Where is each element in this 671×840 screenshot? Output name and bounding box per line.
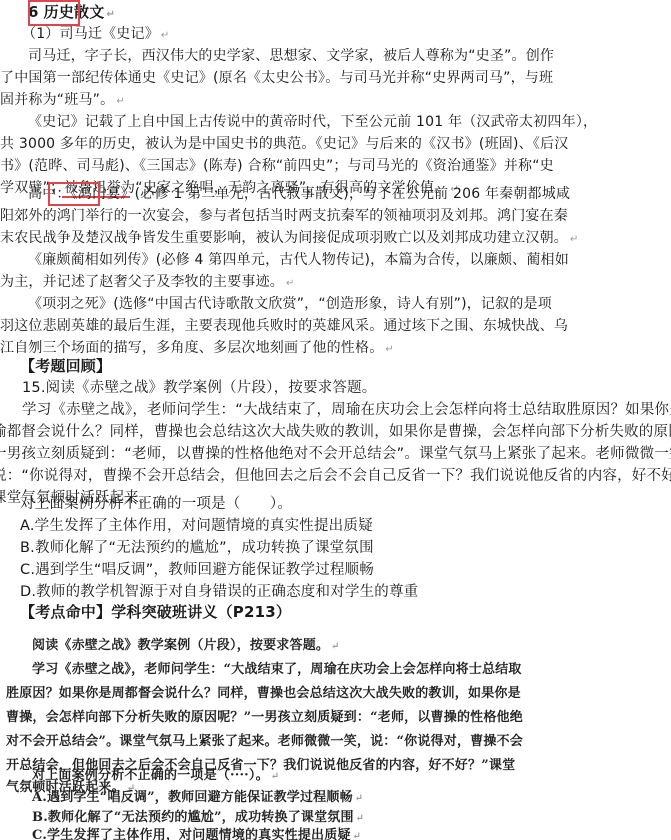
paragraph-line: 书》(范晔、司马彪)、《三国志》(陈寿) 合称“前四史”；与司马光的《资治通鉴》…: [0, 156, 554, 176]
paragraph-mark-icon: ↵: [286, 278, 295, 289]
paragraph-line: 羽这位悲剧英雄的最后生涯，主要表现他兵败时的英雄风采。通过垓下之围、东城快战、乌: [0, 316, 568, 336]
paragraph-mark-icon: ↵: [385, 344, 394, 355]
subheading-text: （1）司马迁《史记》: [22, 26, 159, 42]
heading-text: 学科突破班讲义（P213）: [111, 603, 291, 621]
paragraph-text: 江自刎三个场面的描写，多角度、多层次地刻画了他的性格。: [0, 340, 383, 356]
case-line: 对不会开总结会”。课堂气氛马上紧张了起来。老师微微一笑，说：“你说得对，曹操不会: [6, 732, 523, 752]
subheading: （1）司马迁《史记》↵: [22, 24, 170, 46]
case-line: 曹操，会怎样向部下分析失败的原因呢？”一男孩立刻质疑到：“老师，以曹操的性格他绝: [6, 708, 523, 728]
paragraph-text: (必修 1 第二单元，古代叙事散文)，写了在公元前 206 年秦朝都城咸: [135, 186, 571, 202]
case-line: 胜原因？如果你是周都督会说什么？同样，曹操也会总结这次大战失败的教训，如果你是: [6, 684, 521, 704]
paragraph-line: 《项羽之死》(选修“中国古代诗歌散文欣赏”，“创造形象，诗人有别”)，记叙的是项: [28, 294, 552, 314]
option-text: B.教师化解了“无法预约的尴尬”，成功转换了课堂氛围: [32, 810, 354, 825]
paragraph-line: 《廉颇蔺相如列传》(必修 4 第四单元，古代人物传记)，本篇为合传，以廉颇、蔺相…: [28, 250, 569, 270]
paragraph-mark-icon: ↵: [161, 30, 170, 41]
case-line: 一男孩立刻质疑到：“老师，以曹操的性格他绝对不会开总结会”。课堂气氛马上紧张了起…: [0, 444, 671, 464]
paragraph-mark-icon: ↵: [116, 96, 125, 107]
paragraph-line: 为主，并记述了赵奢父子及李牧的主要事迹。↵: [0, 272, 295, 294]
document-page: 6历史散文↵ （1）司马迁《史记》↵ 司马迁，字子长，西汉伟大的史学家、思想家、…: [0, 0, 671, 840]
paragraph-line: 司马迁，字子长，西汉伟大的史学家、思想家、文学家，被后人尊称为“史圣”。创作: [28, 46, 554, 66]
red-annotation-box: [28, 0, 80, 26]
section-heading: 【考点命中】学科突破班讲义（P213）: [20, 602, 291, 622]
question-prompt: 对上面案例分析不正确的一项是（····）。↵: [32, 766, 279, 787]
paragraph-text: 末农民战争及楚汉战争皆发生重要影响，被认为间接促成项羽败亡以及刘邦成功建立汉朝。: [0, 230, 568, 246]
paragraph-mark-icon: ↵: [355, 793, 364, 804]
option-d: D.教师的教学机智源于对自身错误的正确态度和对学生的尊重: [20, 582, 418, 602]
question-text: 阅读《赤壁之战》教学案例（片段），按要求答题。: [32, 638, 329, 653]
case-line: 瑜都督会说什么？同样，曹操也会总结这次大战失败的教训，如果你是曹操，会怎样向部下…: [0, 422, 671, 442]
paragraph-line: 《史记》记载了上自中国上古传说中的黄帝时代，下至公元前 101 年（汉武帝太初四…: [28, 112, 597, 132]
red-annotation-box: [48, 182, 100, 206]
option-c: C.学生发挥了主体作用，对问题情境的真实性提出质疑↵: [32, 826, 361, 840]
paragraph-line: 了中国第一部纪传体通史《史记》(原名《太史公书》。与司马光并称“史界两司马”，与…: [0, 68, 553, 88]
heading-bracket: 【考点命中】: [20, 603, 111, 621]
option-b: B.教师化解了“无法预约的尴尬”，成功转换了课堂氛围: [20, 538, 374, 558]
question-title: 阅读《赤壁之战》教学案例（片段），按要求答题。↵: [32, 636, 340, 657]
option-a: A.遇到学生“唱反调”，教师回避方能保证教学过程顺畅↵: [32, 788, 363, 809]
question-prompt: 对上面案例分析不正确的一项是（ ）。: [20, 494, 292, 514]
paragraph-text: 为主，并记述了赵奢父子及李牧的主要事迹。: [0, 274, 284, 290]
option-text: C.学生发挥了主体作用，对问题情境的真实性提出质疑: [32, 828, 351, 840]
question-title: 15.阅读《赤壁之战》教学案例（片段），按要求答题。: [22, 378, 377, 398]
option-text: A.遇到学生“唱反调”，教师回避方能保证教学过程顺畅: [32, 790, 353, 805]
paragraph-mark-icon: ↵: [331, 641, 340, 652]
option-a: A.学生发挥了主体作用，对问题情境的真实性提出质疑: [20, 516, 373, 536]
paragraph-mark-icon: ↵: [106, 9, 115, 20]
paragraph-line: 末农民战争及楚汉战争皆发生重要影响，被认为间接促成项羽败亡以及刘邦成功建立汉朝。…: [0, 228, 579, 250]
case-line: 学习《赤壁之战》，老师问学生：“大战结束了，周瑜在庆功会上会怎样向将士总结取: [32, 660, 522, 680]
case-line: 学习《赤壁之战》，老师问学生：“大战结束了，周瑜在庆功会上会怎样向将士总结取胜原…: [22, 400, 671, 420]
paragraph-mark-icon: ↵: [271, 771, 280, 782]
prompt-text: 对上面案例分析不正确的一项是（····）。: [32, 768, 269, 783]
paragraph-line: 高中：《鸿门宴》(必修 1 第二单元，古代叙事散文)，写了在公元前 206 年秦…: [28, 184, 570, 204]
paragraph-mark-icon: ↵: [356, 813, 365, 824]
paragraph-line: 共 3000 多年的历史，被认为是中国史书的典范。《史记》与后来的《汉书》(班固…: [0, 134, 568, 154]
paragraph-text: 固并称为“班马”。: [0, 92, 114, 108]
paragraph-mark-icon: ↵: [570, 234, 579, 245]
paragraph-line: 阳郊外的鸿门举行的一次宴会，参与者包括当时两支抗秦军的领袖项羽及刘邦。鸿门宴在秦: [0, 206, 568, 226]
section-heading: 【考题回顾】: [20, 356, 111, 376]
paragraph-line: 固并称为“班马”。↵: [0, 90, 125, 112]
case-line: 说：“你说得对，曹操不会开总结会，但他回去之后会不会自己反省一下？我们说说他反省…: [0, 466, 671, 486]
option-c: C.遇到学生“唱反调”，教师回避方能保证教学过程顺畅: [20, 560, 374, 580]
paragraph-mark-icon: ↵: [353, 831, 362, 840]
